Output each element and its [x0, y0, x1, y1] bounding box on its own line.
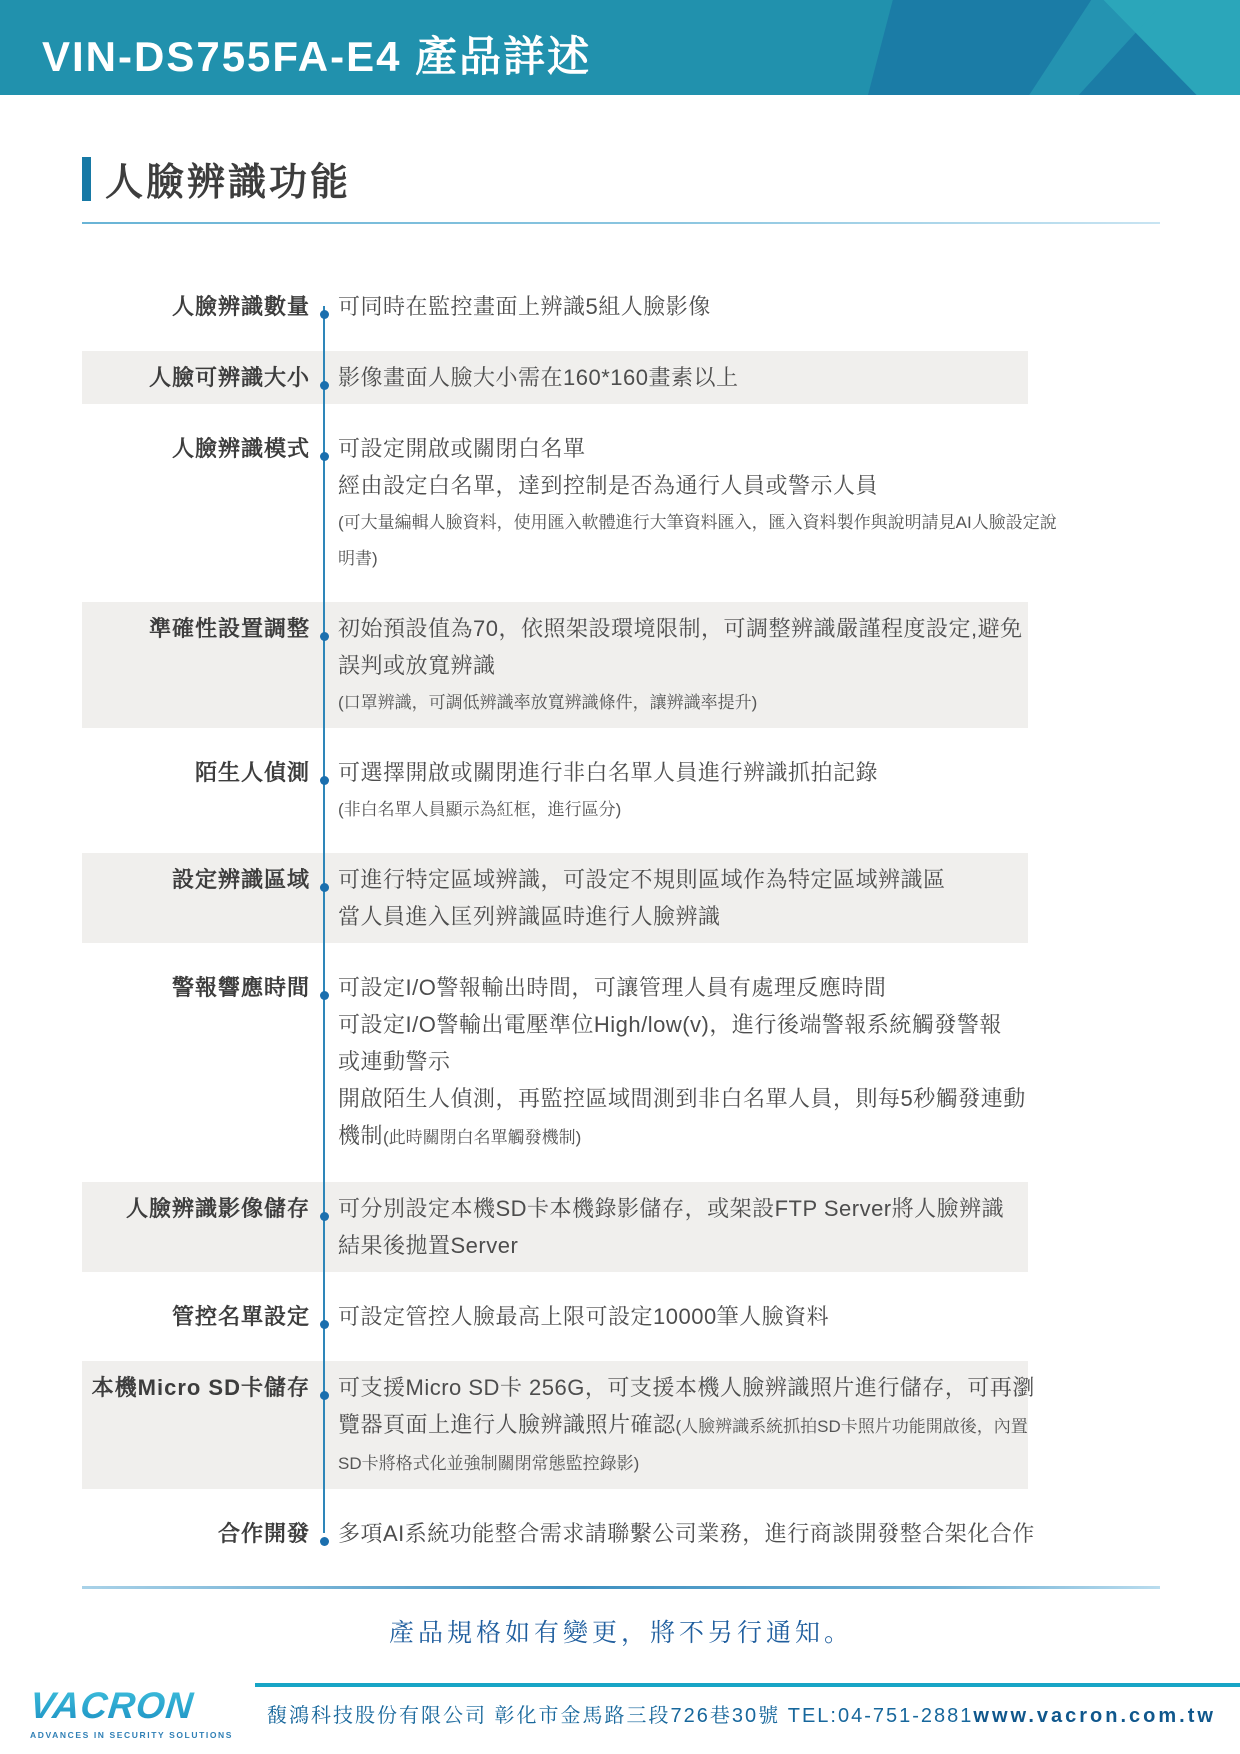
spec-value-line: 可設定I/O警輸出電壓準位High/low(v)，進行後端警報系統觸發警報: [338, 1006, 1028, 1043]
timeline-gutter: [310, 1298, 338, 1335]
spec-value-line: 可選擇開啟或關閉進行非白名單人員進行辨識抓拍記錄: [338, 754, 1028, 791]
spec-value-line: 可分別設定本機SD卡本機錄影儲存，或架設FTP Server將人臉辨識: [338, 1190, 1028, 1227]
spec-label: 準確性設置調整: [82, 610, 310, 720]
spec-text: 結果後拋置Server: [338, 1233, 518, 1258]
timeline-gutter: [310, 1190, 338, 1264]
timeline-dot: [320, 1212, 329, 1221]
bottom-divider: [82, 1586, 1160, 1589]
timeline-dot: [320, 883, 329, 892]
spec-value: 可設定管控人臉最高上限可設定10000筆人臉資料: [338, 1298, 1028, 1335]
spec-value: 可進行特定區域辨識，可設定不規則區域作為特定區域辨識區當人員進入匡列辨識區時進行…: [338, 861, 1028, 935]
spec-row: 本機Micro SD卡儲存可支援Micro SD卡 256G，可支援本機人臉辨識…: [82, 1361, 1028, 1489]
spec-label: 合作開發: [82, 1515, 310, 1552]
spec-value-line: 結果後拋置Server: [338, 1227, 1028, 1264]
timeline-dot: [320, 991, 329, 1000]
spec-label: 人臉辨識影像儲存: [82, 1190, 310, 1264]
spec-text: 當人員進入匡列辨識區時進行人臉辨識: [338, 904, 721, 929]
spec-value-line: 可設定開啟或關閉白名單: [338, 430, 1028, 467]
spec-row: 人臉辨識數量可同時在監控畫面上辨識5組人臉影像: [82, 280, 1028, 333]
spec-value: 可支援Micro SD卡 256G，可支援本機人臉辨識照片進行儲存，可再瀏覽器頁…: [338, 1369, 1028, 1481]
spec-note-text: (口罩辨識，可調低辨識率放寬辨識條件，讓辨識率提升): [338, 693, 757, 712]
spec-value-line: 明書): [338, 540, 1028, 576]
spec-value-line: 經由設定白名單，達到控制是否為通行人員或警示人員: [338, 467, 1028, 504]
spec-value-line: 誤判或放寬辨識: [338, 647, 1028, 684]
company-info: 馥鴻科技股份有限公司 彰化市金馬路三段726巷30號 TEL:04-751-28…: [267, 1699, 973, 1728]
spec-text: 誤判或放寬辨識: [338, 653, 496, 678]
spec-label: 本機Micro SD卡儲存: [82, 1369, 310, 1481]
change-notice: 產品規格如有變更，將不另行通知。: [82, 1613, 1160, 1649]
spec-value-line: (口罩辨識，可調低辨識率放寬辨識條件，讓辨識率提升): [338, 684, 1028, 720]
timeline-dot: [320, 632, 329, 641]
spec-value-line: 當人員進入匡列辨識區時進行人臉辨識: [338, 898, 1028, 935]
logo-tagline: ADVANCES IN SECURITY SOLUTIONS: [30, 1730, 255, 1740]
spec-text: 可設定開啟或關閉白名單: [338, 436, 586, 461]
vacron-logo: VACRON ADVANCES IN SECURITY SOLUTIONS: [0, 1685, 255, 1740]
spec-row: 人臉可辨識大小影像畫面人臉大小需在160*160畫素以上: [82, 351, 1028, 404]
spec-note-text: (人臉辨識系統抓拍SD卡照片功能開啟後，內置: [676, 1417, 1028, 1436]
spec-value-line: 或連動警示: [338, 1043, 1028, 1080]
timeline-gutter: [310, 359, 338, 396]
timeline-gutter: [310, 1515, 338, 1552]
timeline-dot: [320, 310, 329, 319]
spec-label: 設定辨識區域: [82, 861, 310, 935]
spec-value-line: 可設定管控人臉最高上限可設定10000筆人臉資料: [338, 1298, 1028, 1335]
spec-label: 警報響應時間: [82, 969, 310, 1156]
spec-value-line: 可同時在監控畫面上辨識5組人臉影像: [338, 288, 1028, 325]
spec-note-text: 明書): [338, 549, 378, 568]
spec-note-text: (可大量編輯人臉資料，使用匯入軟體進行大筆資料匯入，匯入資料製作與說明請見AI人…: [338, 513, 1057, 532]
spec-text: 影像畫面人臉大小需在160*160畫素以上: [338, 365, 738, 390]
timeline-dot: [320, 776, 329, 785]
spec-value: 可設定I/O警報輸出時間，可讓管理人員有處理反應時間可設定I/O警輸出電壓準位H…: [338, 969, 1028, 1156]
spec-text: 初始預設值為70，依照架設環境限制，可調整辨識嚴謹程度設定,避免: [338, 616, 1023, 641]
timeline-gutter: [310, 288, 338, 325]
spec-label: 人臉可辨識大小: [82, 359, 310, 396]
spec-text: 可設定I/O警報輸出時間，可讓管理人員有處理反應時間: [338, 975, 886, 1000]
spec-row: 陌生人偵測可選擇開啟或關閉進行非白名單人員進行辨識抓拍記錄(非白名單人員顯示為紅…: [82, 746, 1028, 835]
section-underline: [82, 222, 1160, 224]
spec-label: 陌生人偵測: [82, 754, 310, 827]
header-banner: VIN-DS755FA-E4 產品詳述: [0, 0, 1240, 95]
spec-label: 人臉辨識模式: [82, 430, 310, 576]
spec-text: 開啟陌生人偵測，再監控區域間測到非白名單人員，則每5秒觸發連動: [338, 1086, 1026, 1111]
spec-text: 經由設定白名單，達到控制是否為通行人員或警示人員: [338, 473, 878, 498]
website-url: www.vacron.com.tw: [973, 1705, 1216, 1728]
page-title: VIN-DS755FA-E4 產品詳述: [42, 24, 591, 84]
spec-value-line: 可支援Micro SD卡 256G，可支援本機人臉辨識照片進行儲存，可再瀏: [338, 1369, 1028, 1406]
timeline-gutter: [310, 861, 338, 935]
spec-text: 可選擇開啟或關閉進行非白名單人員進行辨識抓拍記錄: [338, 760, 878, 785]
timeline-dot: [320, 1320, 329, 1329]
spec-text: 多項AI系統功能整合需求請聯繫公司業務，進行商談開發整合架化合作: [338, 1521, 1035, 1546]
spec-value: 可同時在監控畫面上辨識5組人臉影像: [338, 288, 1028, 325]
spec-row: 人臉辨識影像儲存可分別設定本機SD卡本機錄影儲存，或架設FTP Server將人…: [82, 1182, 1028, 1272]
timeline-dot: [320, 1391, 329, 1400]
spec-text: 可設定管控人臉最高上限可設定10000筆人臉資料: [338, 1304, 829, 1329]
spec-text: 覽器頁面上進行人臉辨識照片確認: [338, 1412, 676, 1437]
spec-value-line: 影像畫面人臉大小需在160*160畫素以上: [338, 359, 1028, 396]
spec-text: 可支援Micro SD卡 256G，可支援本機人臉辨識照片進行儲存，可再瀏: [338, 1375, 1035, 1400]
spec-value: 多項AI系統功能整合需求請聯繫公司業務，進行商談開發整合架化合作: [338, 1515, 1028, 1552]
timeline-gutter: [310, 430, 338, 576]
spec-label: 管控名單設定: [82, 1298, 310, 1335]
spec-row: 警報響應時間可設定I/O警報輸出時間，可讓管理人員有處理反應時間可設定I/O警輸…: [82, 961, 1028, 1164]
spec-note-text: (非白名單人員顯示為紅框，進行區分): [338, 800, 621, 819]
timeline-dot: [320, 452, 329, 461]
spec-note-text: SD卡將格式化並強制關閉常態監控錄影): [338, 1454, 639, 1473]
spec-row: 設定辨識區域可進行特定區域辨識，可設定不規則區域作為特定區域辨識區當人員進入匡列…: [82, 853, 1028, 943]
spec-value-line: 可進行特定區域辨識，可設定不規則區域作為特定區域辨識區: [338, 861, 1028, 898]
spec-row: 管控名單設定可設定管控人臉最高上限可設定10000筆人臉資料: [82, 1290, 1028, 1343]
spec-text: 可進行特定區域辨識，可設定不規則區域作為特定區域辨識區: [338, 867, 946, 892]
spec-note-text: (此時關閉白名單觸發機制): [383, 1128, 581, 1147]
footer-info-bar: 馥鴻科技股份有限公司 彰化市金馬路三段726巷30號 TEL:04-751-28…: [255, 1683, 1240, 1728]
spec-row: 人臉辨識模式可設定開啟或關閉白名單經由設定白名單，達到控制是否為通行人員或警示人…: [82, 422, 1028, 584]
spec-text: 機制: [338, 1123, 383, 1148]
vacron-wordmark: VACRON: [28, 1685, 196, 1727]
spec-row: 準確性設置調整初始預設值為70，依照架設環境限制，可調整辨識嚴謹程度設定,避免誤…: [82, 602, 1028, 728]
footer: VACRON ADVANCES IN SECURITY SOLUTIONS 馥鴻…: [0, 1683, 1240, 1740]
spec-value-line: (非白名單人員顯示為紅框，進行區分): [338, 791, 1028, 827]
spec-value-line: 初始預設值為70，依照架設環境限制，可調整辨識嚴謹程度設定,避免: [338, 610, 1028, 647]
timeline-gutter: [310, 969, 338, 1156]
timeline-dot: [320, 381, 329, 390]
spec-value-line: 覽器頁面上進行人臉辨識照片確認(人臉辨識系統抓拍SD卡照片功能開啟後，內置: [338, 1406, 1028, 1445]
spec-value: 影像畫面人臉大小需在160*160畫素以上: [338, 359, 1028, 396]
spec-text: 可同時在監控畫面上辨識5組人臉影像: [338, 294, 711, 319]
spec-value-line: 機制(此時關閉白名單觸發機制): [338, 1117, 1028, 1156]
spec-row: 合作開發多項AI系統功能整合需求請聯繫公司業務，進行商談開發整合架化合作: [82, 1507, 1028, 1560]
spec-label: 人臉辨識數量: [82, 288, 310, 325]
section-accent-bar: [82, 157, 91, 201]
spec-value: 初始預設值為70，依照架設環境限制，可調整辨識嚴謹程度設定,避免誤判或放寬辨識(…: [338, 610, 1028, 720]
spec-value-line: 開啟陌生人偵測，再監控區域間測到非白名單人員，則每5秒觸發連動: [338, 1080, 1028, 1117]
spec-list: 人臉辨識數量可同時在監控畫面上辨識5組人臉影像人臉可辨識大小影像畫面人臉大小需在…: [82, 280, 1028, 1560]
spec-value: 可設定開啟或關閉白名單經由設定白名單，達到控制是否為通行人員或警示人員(可大量編…: [338, 430, 1028, 576]
timeline-gutter: [310, 1369, 338, 1481]
spec-value-line: 可設定I/O警報輸出時間，可讓管理人員有處理反應時間: [338, 969, 1028, 1006]
section-title: 人臉辨識功能: [105, 151, 351, 206]
spec-value-line: SD卡將格式化並強制關閉常態監控錄影): [338, 1445, 1028, 1481]
spec-value: 可分別設定本機SD卡本機錄影儲存，或架設FTP Server將人臉辨識結果後拋置…: [338, 1190, 1028, 1264]
spec-text: 或連動警示: [338, 1049, 451, 1074]
spec-value-line: (可大量編輯人臉資料，使用匯入軟體進行大筆資料匯入，匯入資料製作與說明請見AI人…: [338, 504, 1028, 540]
spec-value-line: 多項AI系統功能整合需求請聯繫公司業務，進行商談開發整合架化合作: [338, 1515, 1028, 1552]
timeline-gutter: [310, 754, 338, 827]
spec-value: 可選擇開啟或關閉進行非白名單人員進行辨識抓拍記錄(非白名單人員顯示為紅框，進行區…: [338, 754, 1028, 827]
timeline-dot: [320, 1537, 329, 1546]
spec-text: 可設定I/O警輸出電壓準位High/low(v)，進行後端警報系統觸發警報: [338, 1012, 1002, 1037]
section-heading: 人臉辨識功能: [82, 151, 1240, 206]
timeline-gutter: [310, 610, 338, 720]
spec-text: 可分別設定本機SD卡本機錄影儲存，或架設FTP Server將人臉辨識: [338, 1196, 1004, 1221]
